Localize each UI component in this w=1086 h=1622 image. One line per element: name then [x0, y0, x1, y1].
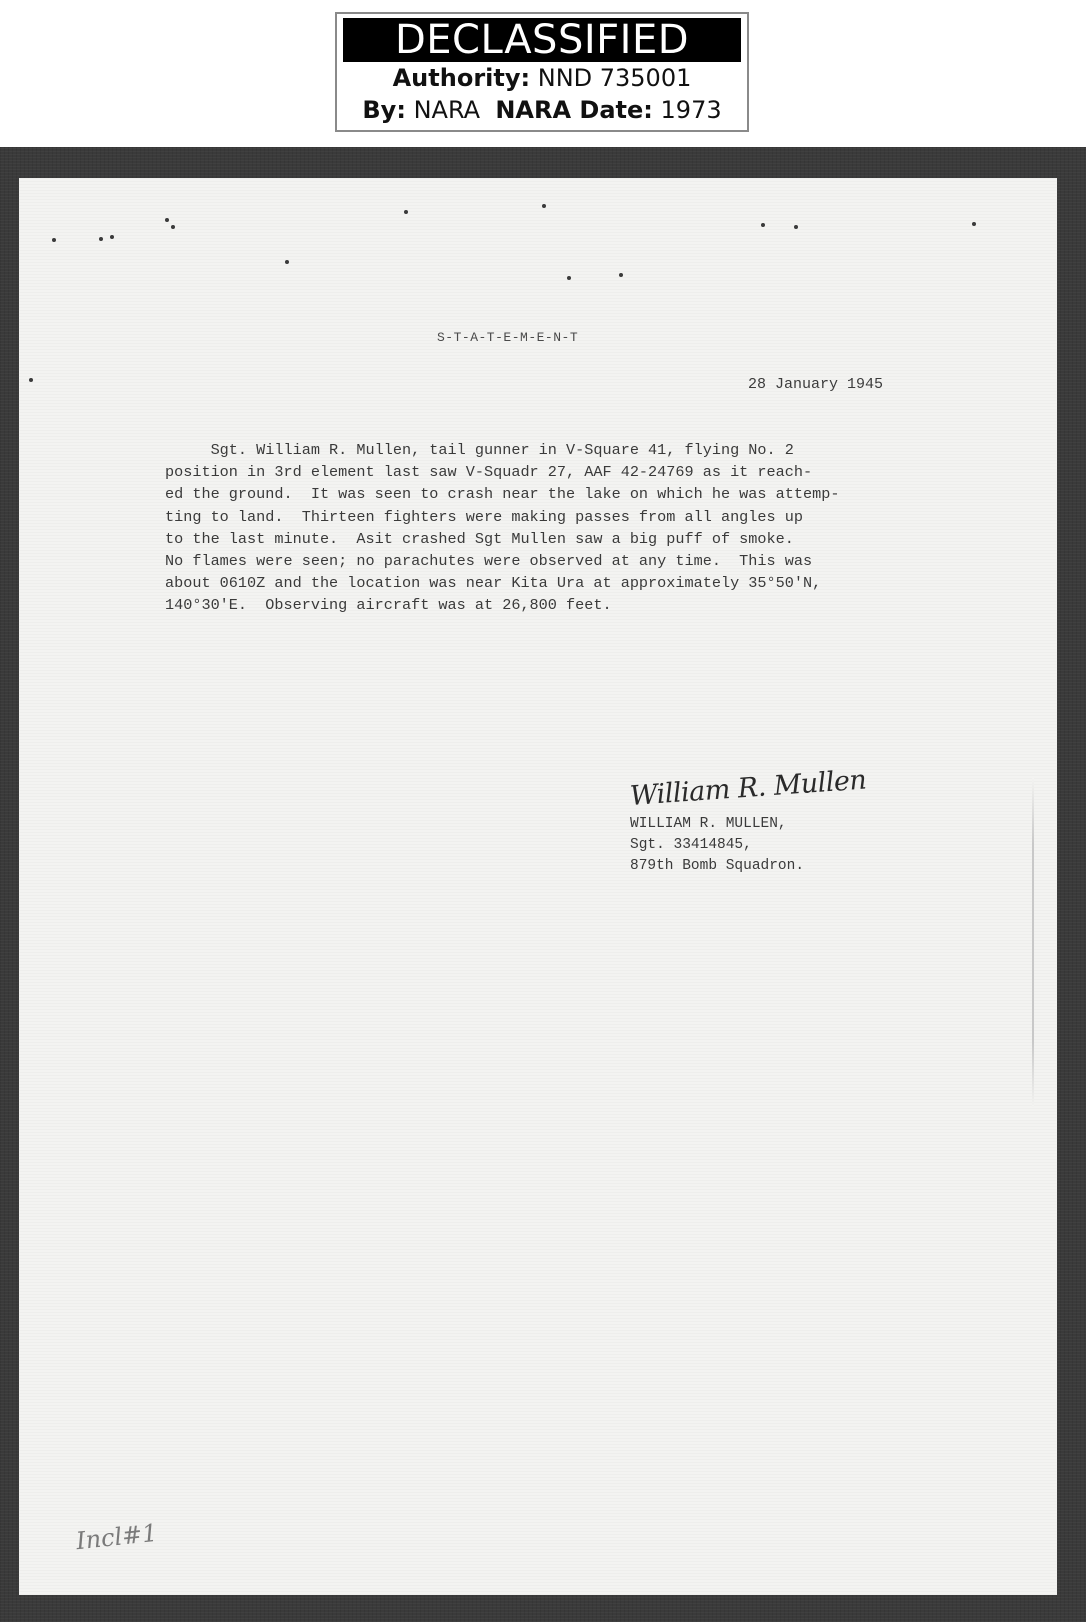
scan-speck — [794, 225, 798, 229]
scan-speck — [972, 222, 976, 226]
authority-value: NND 735001 — [538, 64, 692, 92]
document-page: S-T-A-T-E-M-E-N-T 28 January 1945 Sgt. W… — [19, 178, 1057, 1595]
declassified-stamp: DECLASSIFIED Authority: NND 735001 By: N… — [335, 12, 749, 132]
nara-date-value: 1973 — [661, 96, 722, 124]
signer-unit: 879th Bomb Squadron. — [630, 856, 804, 877]
scan-speck — [29, 378, 33, 382]
body-line: to the last minute. Asit crashed Sgt Mul… — [165, 528, 965, 550]
scan-speck — [165, 218, 169, 222]
stamp-title: DECLASSIFIED — [343, 18, 741, 62]
scan-frame: S-T-A-T-E-M-E-N-T 28 January 1945 Sgt. W… — [0, 147, 1086, 1622]
handwritten-signature: William R. Mullen — [629, 765, 867, 812]
signer-name: WILLIAM R. MULLEN, — [630, 814, 804, 835]
body-line: about 0610Z and the location was near Ki… — [165, 572, 965, 594]
by-label: By: — [362, 96, 406, 124]
handwritten-margin-note: Incl#1 — [75, 1519, 159, 1555]
body-line: No flames were seen; no parachutes were … — [165, 550, 965, 572]
scan-speck — [542, 204, 546, 208]
body-line: 140°30'E. Observing aircraft was at 26,8… — [165, 594, 965, 616]
scan-speck — [761, 223, 765, 227]
stamp-authority: Authority: NND 735001 — [337, 62, 747, 94]
signature-block: WILLIAM R. MULLEN,Sgt. 33414845,879th Bo… — [630, 814, 804, 877]
scan-speck — [619, 273, 623, 277]
statement-body: Sgt. William R. Mullen, tail gunner in V… — [165, 439, 965, 617]
body-line: Sgt. William R. Mullen, tail gunner in V… — [165, 439, 965, 461]
signer-rank-serial: Sgt. 33414845, — [630, 835, 804, 856]
body-line: ed the ground. It was seen to crash near… — [165, 483, 965, 505]
by-value: NARA — [414, 96, 481, 124]
scan-speck — [404, 210, 408, 214]
stamp-by-date: By: NARA NARA Date: 1973 — [337, 94, 747, 126]
scan-speck — [52, 238, 56, 242]
scan-speck — [99, 237, 103, 241]
page-fold-mark — [1032, 778, 1034, 1108]
scan-speck — [567, 276, 571, 280]
scan-speck — [110, 235, 114, 239]
body-line: ting to land. Thirteen fighters were mak… — [165, 506, 965, 528]
document-heading: S-T-A-T-E-M-E-N-T — [437, 330, 578, 345]
document-date: 28 January 1945 — [748, 376, 883, 393]
scan-speck — [171, 225, 175, 229]
nara-date-label: NARA Date: — [495, 96, 653, 124]
scan-speck — [285, 260, 289, 264]
body-line: position in 3rd element last saw V-Squad… — [165, 461, 965, 483]
authority-label: Authority: — [393, 64, 530, 92]
